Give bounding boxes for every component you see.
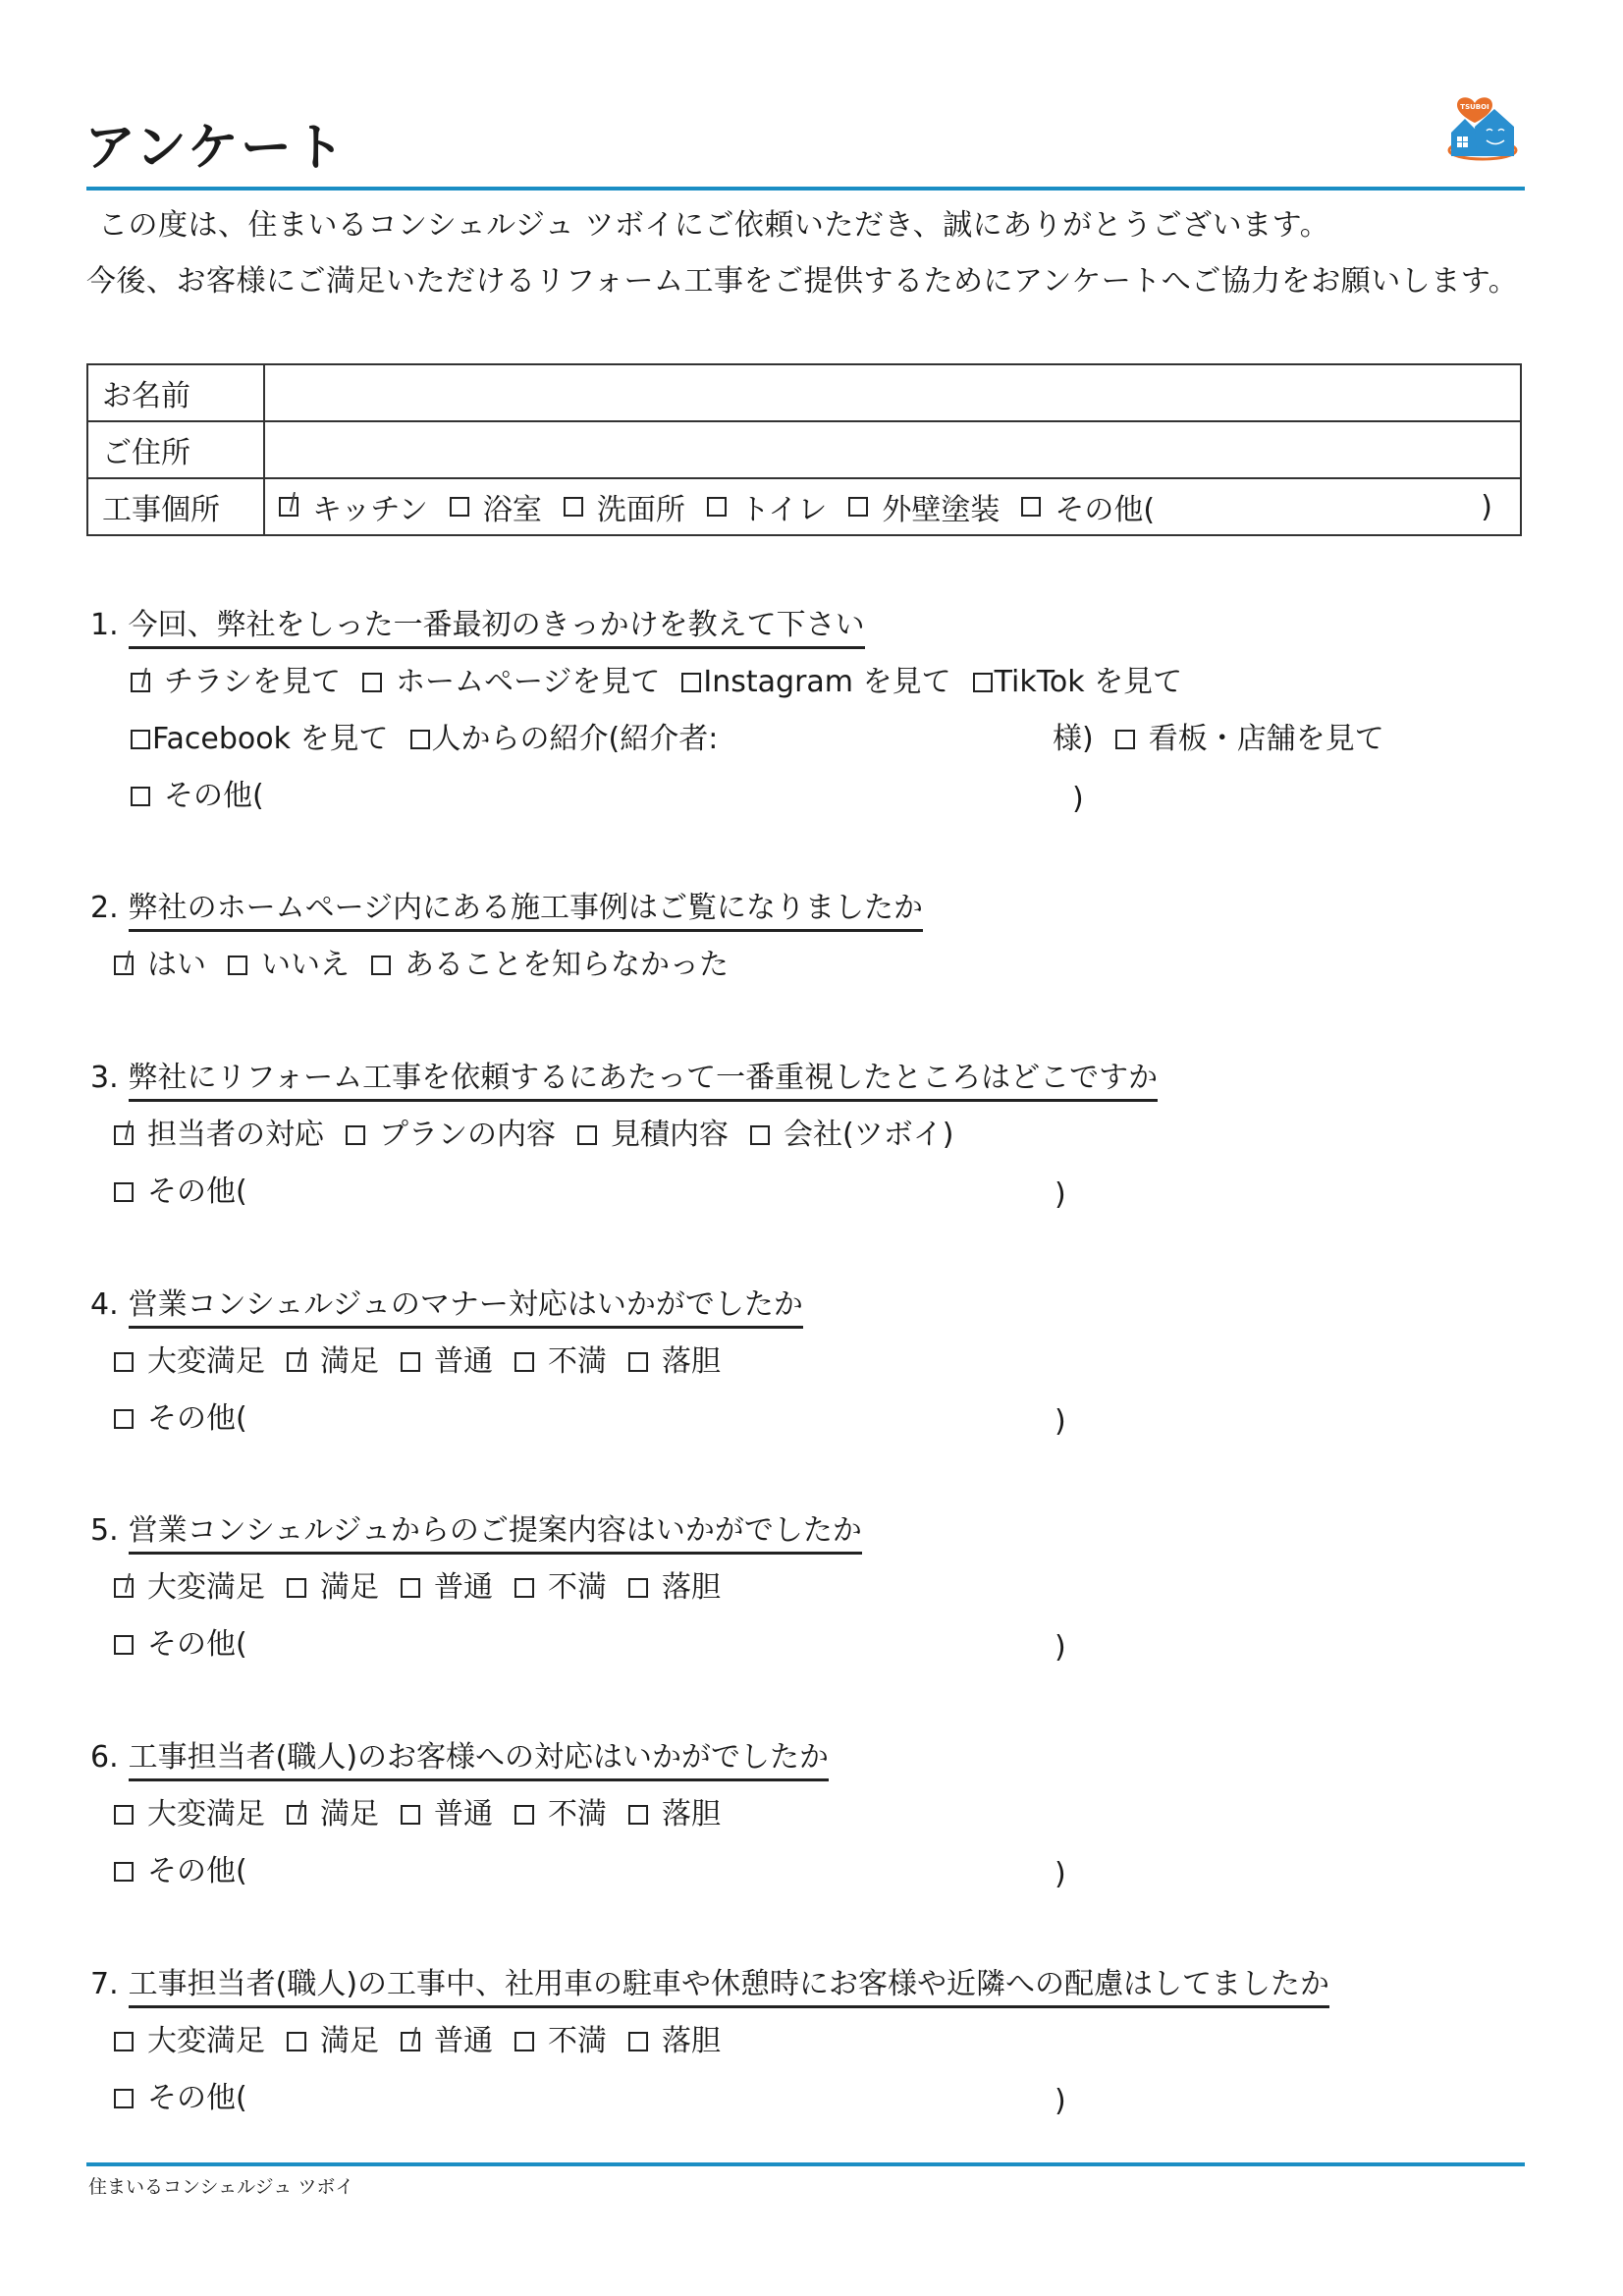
q1-option-other[interactable]: その他(: [131, 782, 264, 811]
site-option-washroom[interactable]: 洗面所: [564, 485, 685, 528]
q4-option-other[interactable]: その他(: [114, 1404, 247, 1434]
q6-option-satisfied[interactable]: 満足: [287, 1800, 379, 1830]
company-logo: TSUBOI: [1443, 93, 1522, 167]
checkbox-icon[interactable]: [628, 2032, 648, 2051]
q5-other-close: ): [1055, 1630, 1066, 1665]
q6-other-close: ): [1055, 1857, 1066, 1891]
site-options: キッチン 浴室 洗面所 トイレ 外壁塗装 その他( ): [264, 478, 1521, 535]
tsuboi-house-logo-icon: TSUBOI: [1443, 93, 1522, 167]
question-5-row-1: 大変満足 満足 普通 不満 落胆: [114, 1573, 742, 1603]
q2-option-no[interactable]: いいえ: [228, 951, 350, 980]
checkbox-icon[interactable]: [114, 1805, 134, 1825]
checkbox-icon[interactable]: [410, 730, 430, 749]
site-option-bath[interactable]: 浴室: [450, 485, 542, 528]
q3-option-company[interactable]: 会社(ツボイ): [750, 1121, 953, 1150]
q3-option-plan[interactable]: プランの内容: [346, 1121, 556, 1150]
q7-option-satisfied[interactable]: 満足: [287, 2027, 379, 2056]
checkbox-icon[interactable]: [114, 1182, 134, 1202]
checkbox-icon[interactable]: [973, 673, 993, 692]
checkbox-checked-icon[interactable]: [287, 1352, 306, 1372]
question-1-row-2: Facebook を見て 人からの紹介(紹介者:: [131, 725, 739, 754]
q3-option-staff[interactable]: 担当者の対応: [114, 1121, 324, 1150]
q2-option-yes[interactable]: はい: [114, 951, 206, 980]
question-7-row-1: 大変満足 満足 普通 不満 落胆: [114, 2027, 742, 2056]
checkbox-icon[interactable]: [1115, 730, 1135, 749]
checkbox-icon[interactable]: [450, 497, 469, 517]
q1-referral-suffix-group: 様) 看板・店舗を見て: [1053, 725, 1406, 754]
site-option-toilet[interactable]: トイレ: [707, 485, 828, 528]
q6-option-average[interactable]: 普通: [401, 1800, 493, 1830]
q1-option-referral[interactable]: 人からの紹介(紹介者:: [410, 725, 719, 754]
q7-option-dissatisfied[interactable]: 不満: [514, 2027, 607, 2056]
checkbox-icon[interactable]: [371, 956, 391, 975]
question-4-row-1: 大変満足 満足 普通 不満 落胆: [114, 1347, 742, 1377]
checkbox-icon[interactable]: [401, 1805, 420, 1825]
checkbox-icon[interactable]: [628, 1805, 648, 1825]
question-6-row-1: 大変満足 満足 普通 不満 落胆: [114, 1800, 742, 1830]
checkbox-icon[interactable]: [628, 1578, 648, 1598]
question-3-title: 3.弊社にリフォーム工事を依頼するにあたって一番重視したところはどこですか: [90, 1064, 1158, 1093]
checkbox-icon[interactable]: [362, 673, 382, 692]
address-row: ご住所: [87, 421, 1521, 478]
q3-option-estimate[interactable]: 見積内容: [577, 1121, 729, 1150]
page-title: アンケート: [84, 123, 347, 174]
site-label: 工事個所: [87, 478, 264, 535]
site-option-kitchen[interactable]: キッチン: [279, 485, 428, 528]
checkbox-icon[interactable]: [401, 1578, 420, 1598]
q7-option-very-satisfied[interactable]: 大変満足: [114, 2027, 265, 2056]
checkbox-icon[interactable]: [114, 2032, 134, 2051]
q5-option-very-satisfied[interactable]: 大変満足: [114, 1573, 265, 1603]
q7-other-close: ): [1055, 2084, 1066, 2118]
question-2-row-1: はい いいえ あることを知らなかった: [114, 951, 750, 980]
checkbox-icon[interactable]: [114, 2089, 134, 2108]
checkbox-icon[interactable]: [1021, 497, 1041, 517]
q4-other-close: ): [1055, 1404, 1066, 1439]
site-other-close: ): [1481, 490, 1492, 524]
checkbox-icon[interactable]: [287, 1578, 306, 1598]
question-4-title: 4.営業コンシェルジュのマナー対応はいかがでしたか: [90, 1290, 803, 1320]
address-field[interactable]: [264, 421, 1521, 478]
footer-rule: [86, 2162, 1525, 2166]
q1-other-close: ): [1072, 782, 1084, 816]
q7-option-average[interactable]: 普通: [401, 2027, 493, 2056]
site-option-other[interactable]: その他(: [1021, 485, 1155, 528]
address-label: ご住所: [87, 421, 264, 478]
q5-option-disappointed[interactable]: 落胆: [628, 1573, 721, 1603]
q5-option-satisfied[interactable]: 満足: [287, 1573, 379, 1603]
checkbox-icon[interactable]: [681, 673, 701, 692]
question-5-row-2: その他(: [114, 1630, 269, 1660]
svg-text:TSUBOI: TSUBOI: [1460, 103, 1488, 111]
q1-option-facebook[interactable]: Facebook を見て: [131, 725, 389, 754]
checkbox-checked-icon[interactable]: [279, 497, 298, 517]
checkbox-checked-icon[interactable]: [114, 956, 134, 975]
q6-option-very-satisfied[interactable]: 大変満足: [114, 1800, 265, 1830]
q2-option-didnt-know[interactable]: あることを知らなかった: [371, 951, 729, 980]
site-row: 工事個所 キッチン 浴室 洗面所 トイレ 外壁塗装 その他( ): [87, 478, 1521, 535]
question-5-title: 5.営業コンシェルジュからのご提案内容はいかがでしたか: [90, 1516, 862, 1546]
intro-line-1: この度は、住まいるコンシェルジュ ツボイにご依頼いただき、誠にありがとうございま…: [98, 211, 1329, 241]
checkbox-icon[interactable]: [131, 787, 150, 806]
site-option-exterior-paint[interactable]: 外壁塗装: [848, 485, 1000, 528]
checkbox-checked-icon[interactable]: [114, 1125, 134, 1145]
q1-option-flyer[interactable]: チラシを見て: [131, 668, 341, 697]
q1-option-signboard[interactable]: 看板・店舗を見て: [1115, 725, 1384, 754]
name-label: お名前: [87, 364, 264, 421]
question-6-title: 6.工事担当者(職人)のお客様への対応はいかがでしたか: [90, 1743, 829, 1773]
q7-option-disappointed[interactable]: 落胆: [628, 2027, 721, 2056]
q4-option-satisfied[interactable]: 満足: [287, 1347, 379, 1377]
question-6-row-2: その他(: [114, 1857, 269, 1886]
name-row: お名前: [87, 364, 1521, 421]
checkbox-icon[interactable]: [514, 1805, 534, 1825]
q1-option-instagram[interactable]: Instagram を見て: [681, 668, 950, 697]
question-1-title: 1.今回、弊社をしった一番最初のきっかけを教えて下さい: [90, 611, 865, 640]
q7-option-other[interactable]: その他(: [114, 2084, 247, 2113]
q1-option-tiktok[interactable]: TikTok を見て: [973, 668, 1183, 697]
question-1-row-3: その他(: [131, 782, 286, 811]
checkbox-icon[interactable]: [564, 497, 583, 517]
header-rule: [86, 187, 1525, 191]
q6-option-disappointed[interactable]: 落胆: [628, 1800, 721, 1830]
q6-option-dissatisfied[interactable]: 不満: [514, 1800, 607, 1830]
question-1-row-1: チラシを見て ホームページを見て Instagram を見て TikTok を見…: [131, 668, 1204, 697]
intro-line-2: 今後、お客様にご満足いただけるリフォーム工事をご提供するためにアンケートへご協力…: [86, 267, 1518, 297]
checkbox-icon[interactable]: [114, 1409, 134, 1429]
q5-option-dissatisfied[interactable]: 不満: [514, 1573, 607, 1603]
q4-option-disappointed[interactable]: 落胆: [628, 1347, 721, 1377]
q4-option-average[interactable]: 普通: [401, 1347, 493, 1377]
checkbox-icon[interactable]: [628, 1352, 648, 1372]
question-3-row-1: 担当者の対応 プランの内容 見積内容 会社(ツボイ): [114, 1121, 975, 1150]
q1-referral-suffix: 様): [1053, 725, 1094, 754]
question-3-row-2: その他(: [114, 1177, 269, 1207]
question-2-title: 2.弊社のホームページ内にある施工事例はご覧になりましたか: [90, 894, 923, 923]
q3-option-other[interactable]: その他(: [114, 1177, 247, 1207]
checkbox-icon[interactable]: [707, 497, 727, 517]
checkbox-icon[interactable]: [514, 2032, 534, 2051]
q6-option-other[interactable]: その他(: [114, 1857, 247, 1886]
q5-option-average[interactable]: 普通: [401, 1573, 493, 1603]
checkbox-checked-icon[interactable]: [401, 2032, 420, 2051]
q5-option-other[interactable]: その他(: [114, 1630, 247, 1660]
customer-info-table: お名前 ご住所 工事個所 キッチン 浴室 洗面所 トイレ 外壁塗装 その他( ): [86, 363, 1522, 536]
checkbox-icon[interactable]: [401, 1352, 420, 1372]
checkbox-icon[interactable]: [131, 730, 150, 749]
question-7-title: 7.工事担当者(職人)の工事中、社用車の駐車や休憩時にお客様や近隣への配慮はして…: [90, 1970, 1329, 1999]
checkbox-icon[interactable]: [514, 1352, 534, 1372]
footer-company: 住まいるコンシェルジュ ツボイ: [88, 2172, 353, 2199]
checkbox-icon[interactable]: [577, 1125, 597, 1145]
checkbox-icon[interactable]: [750, 1125, 770, 1145]
checkbox-icon[interactable]: [848, 497, 868, 517]
q1-option-homepage[interactable]: ホームページを見て: [362, 668, 660, 697]
checkbox-checked-icon[interactable]: [131, 673, 150, 692]
question-7-row-2: その他(: [114, 2084, 269, 2113]
q4-option-very-satisfied[interactable]: 大変満足: [114, 1347, 265, 1377]
q4-option-dissatisfied[interactable]: 不満: [514, 1347, 607, 1377]
name-field[interactable]: [264, 364, 1521, 421]
checkbox-icon[interactable]: [287, 2032, 306, 2051]
checkbox-icon[interactable]: [114, 1862, 134, 1882]
checkbox-icon[interactable]: [228, 956, 247, 975]
checkbox-checked-icon[interactable]: [287, 1805, 306, 1825]
checkbox-icon[interactable]: [346, 1125, 365, 1145]
checkbox-icon[interactable]: [514, 1578, 534, 1598]
q3-other-close: ): [1055, 1177, 1066, 1212]
checkbox-icon[interactable]: [114, 1352, 134, 1372]
question-4-row-2: その他(: [114, 1404, 269, 1434]
checkbox-icon[interactable]: [114, 1635, 134, 1655]
checkbox-checked-icon[interactable]: [114, 1578, 134, 1598]
